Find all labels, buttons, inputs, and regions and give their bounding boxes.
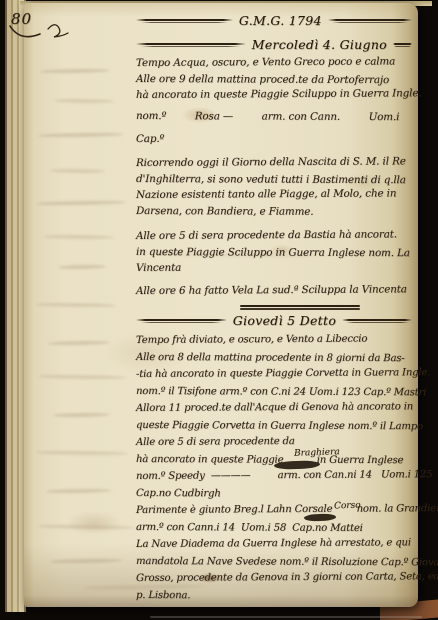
flourish-rule xyxy=(393,43,412,46)
manuscript-line: La Nave Diadema da Guerra Inglese hà arr… xyxy=(136,534,412,553)
bleedthrough-smudge xyxy=(58,265,106,270)
bleedthrough-smudge xyxy=(36,200,126,206)
manuscript-line: Allora 11 proced.te dall'Acque di Genova… xyxy=(136,398,412,417)
divider-double-rule xyxy=(240,305,360,307)
manuscript-line: -tia hà ancorato in queste Piaggie Corve… xyxy=(136,364,412,383)
manuscript-line: nom.º Rosa — arm. con Cann. Uom.i xyxy=(136,108,412,125)
entry-body-lines: Tempo frà diviato, e oscuro, e Vento a L… xyxy=(136,332,412,604)
manuscript-line: Alle ore 5 di sera procedente da Bastia … xyxy=(136,226,412,244)
entry-heading-row: Giovedì 5 Detto xyxy=(136,311,412,329)
bleedthrough-smudge xyxy=(38,132,123,137)
invocation-row: G.M.G. 1794 xyxy=(136,11,412,29)
manuscript-line: nom.º Speedy ———— arm. con Can.ni 14 Uom… xyxy=(136,466,412,485)
invocation-text: G.M.G. 1794 xyxy=(239,13,322,28)
bleedthrough-smudge xyxy=(54,99,114,104)
bleedthrough-smudge xyxy=(48,340,110,345)
entry-june-4: Mercoledì 4. Giugno Tempo Acqua, oscuro,… xyxy=(136,35,412,299)
manuscript-line: Tempo Acqua, oscuro, e Vento Greco poco … xyxy=(136,53,412,71)
entry-date-heading: Mercoledì 4. Giugno xyxy=(252,37,387,52)
bleedthrough-smudge xyxy=(50,558,122,563)
manuscript-content: G.M.G. 1794 Mercoledì 4. Giugno Tempo Ac… xyxy=(136,11,412,604)
manuscript-scan: G.M.G. 1794 Mercoledì 4. Giugno Tempo Ac… xyxy=(0,0,438,620)
manuscript-line: Tempo frà diviato, e oscuro, e Vento a L… xyxy=(136,330,412,349)
flourish-rule xyxy=(342,319,412,322)
bleedthrough-smudge xyxy=(36,302,116,307)
manuscript-line: p. Lisbona. xyxy=(136,587,412,605)
bleedthrough-smudge xyxy=(46,488,112,493)
manuscript-line: Ricorrendo oggi il Giorno della Nascita … xyxy=(136,153,412,171)
manuscript-line: Alle ore 6 ha fatto Vela La sud.ª Scilup… xyxy=(136,281,412,299)
flourish-rule xyxy=(136,43,246,46)
inserted-word-corso: Corso xyxy=(334,501,361,512)
page-number-flourish xyxy=(8,20,72,44)
entry-date-heading: Giovedì 5 Detto xyxy=(233,313,336,328)
inserted-word-braghiera: Braghiera xyxy=(294,447,340,459)
manuscript-page: G.M.G. 1794 Mercoledì 4. Giugno Tempo Ac… xyxy=(24,3,418,607)
paragraph-departure-vincenta: Alle ore 6 ha fatto Vela La sud.ª Scilup… xyxy=(136,283,412,299)
manuscript-line: hà ancorato in queste Piaggie Sciluppo i… xyxy=(136,85,412,103)
manuscript-line: Cap.º xyxy=(136,129,412,147)
paragraph-arrival-vincenta: Alle ore 5 di sera procedente da Bastia … xyxy=(136,228,412,276)
flourish-rule xyxy=(328,19,412,22)
paragraph-weather-and-arrival-rosa: Tempo Acqua, oscuro, e Vento Greco poco … xyxy=(136,55,412,147)
flourish-rule xyxy=(136,319,227,322)
flourish-rule xyxy=(136,19,233,22)
scan-artifact-line xyxy=(150,616,422,618)
bleedthrough-smudge xyxy=(44,235,114,240)
entry-heading-row: Mercoledì 4. Giugno xyxy=(136,35,412,53)
manuscript-line: Vincenta xyxy=(136,258,412,276)
paragraph-kings-birthday: Ricorrendo oggi il Giorno della Nascita … xyxy=(136,155,412,219)
manuscript-line: Parimente è giunto Breg.l Lahn Corsale n… xyxy=(136,500,412,519)
manuscript-line: Darsena, con Bandiera, e Fiamme. xyxy=(136,203,412,220)
bleedthrough-smudge xyxy=(38,374,126,379)
bleedthrough-smudge xyxy=(52,412,110,417)
bleedthrough-smudge xyxy=(36,450,128,455)
book-page-edges-left xyxy=(0,0,26,612)
manuscript-line: Grosso, procedente da Genova in 3 giorni… xyxy=(136,568,412,587)
bleedthrough-smudge xyxy=(50,169,105,174)
manuscript-line: Nazione esistenti tanto alle Piagge, al … xyxy=(136,185,412,203)
bleedthrough-smudge xyxy=(38,524,134,529)
entry-june-5: Giovedì 5 Detto Tempo frà diviato, e osc… xyxy=(136,305,412,604)
manuscript-line: Alle ore 5 di sera procedente da xyxy=(136,432,412,451)
bleedthrough-smudge xyxy=(40,68,110,73)
